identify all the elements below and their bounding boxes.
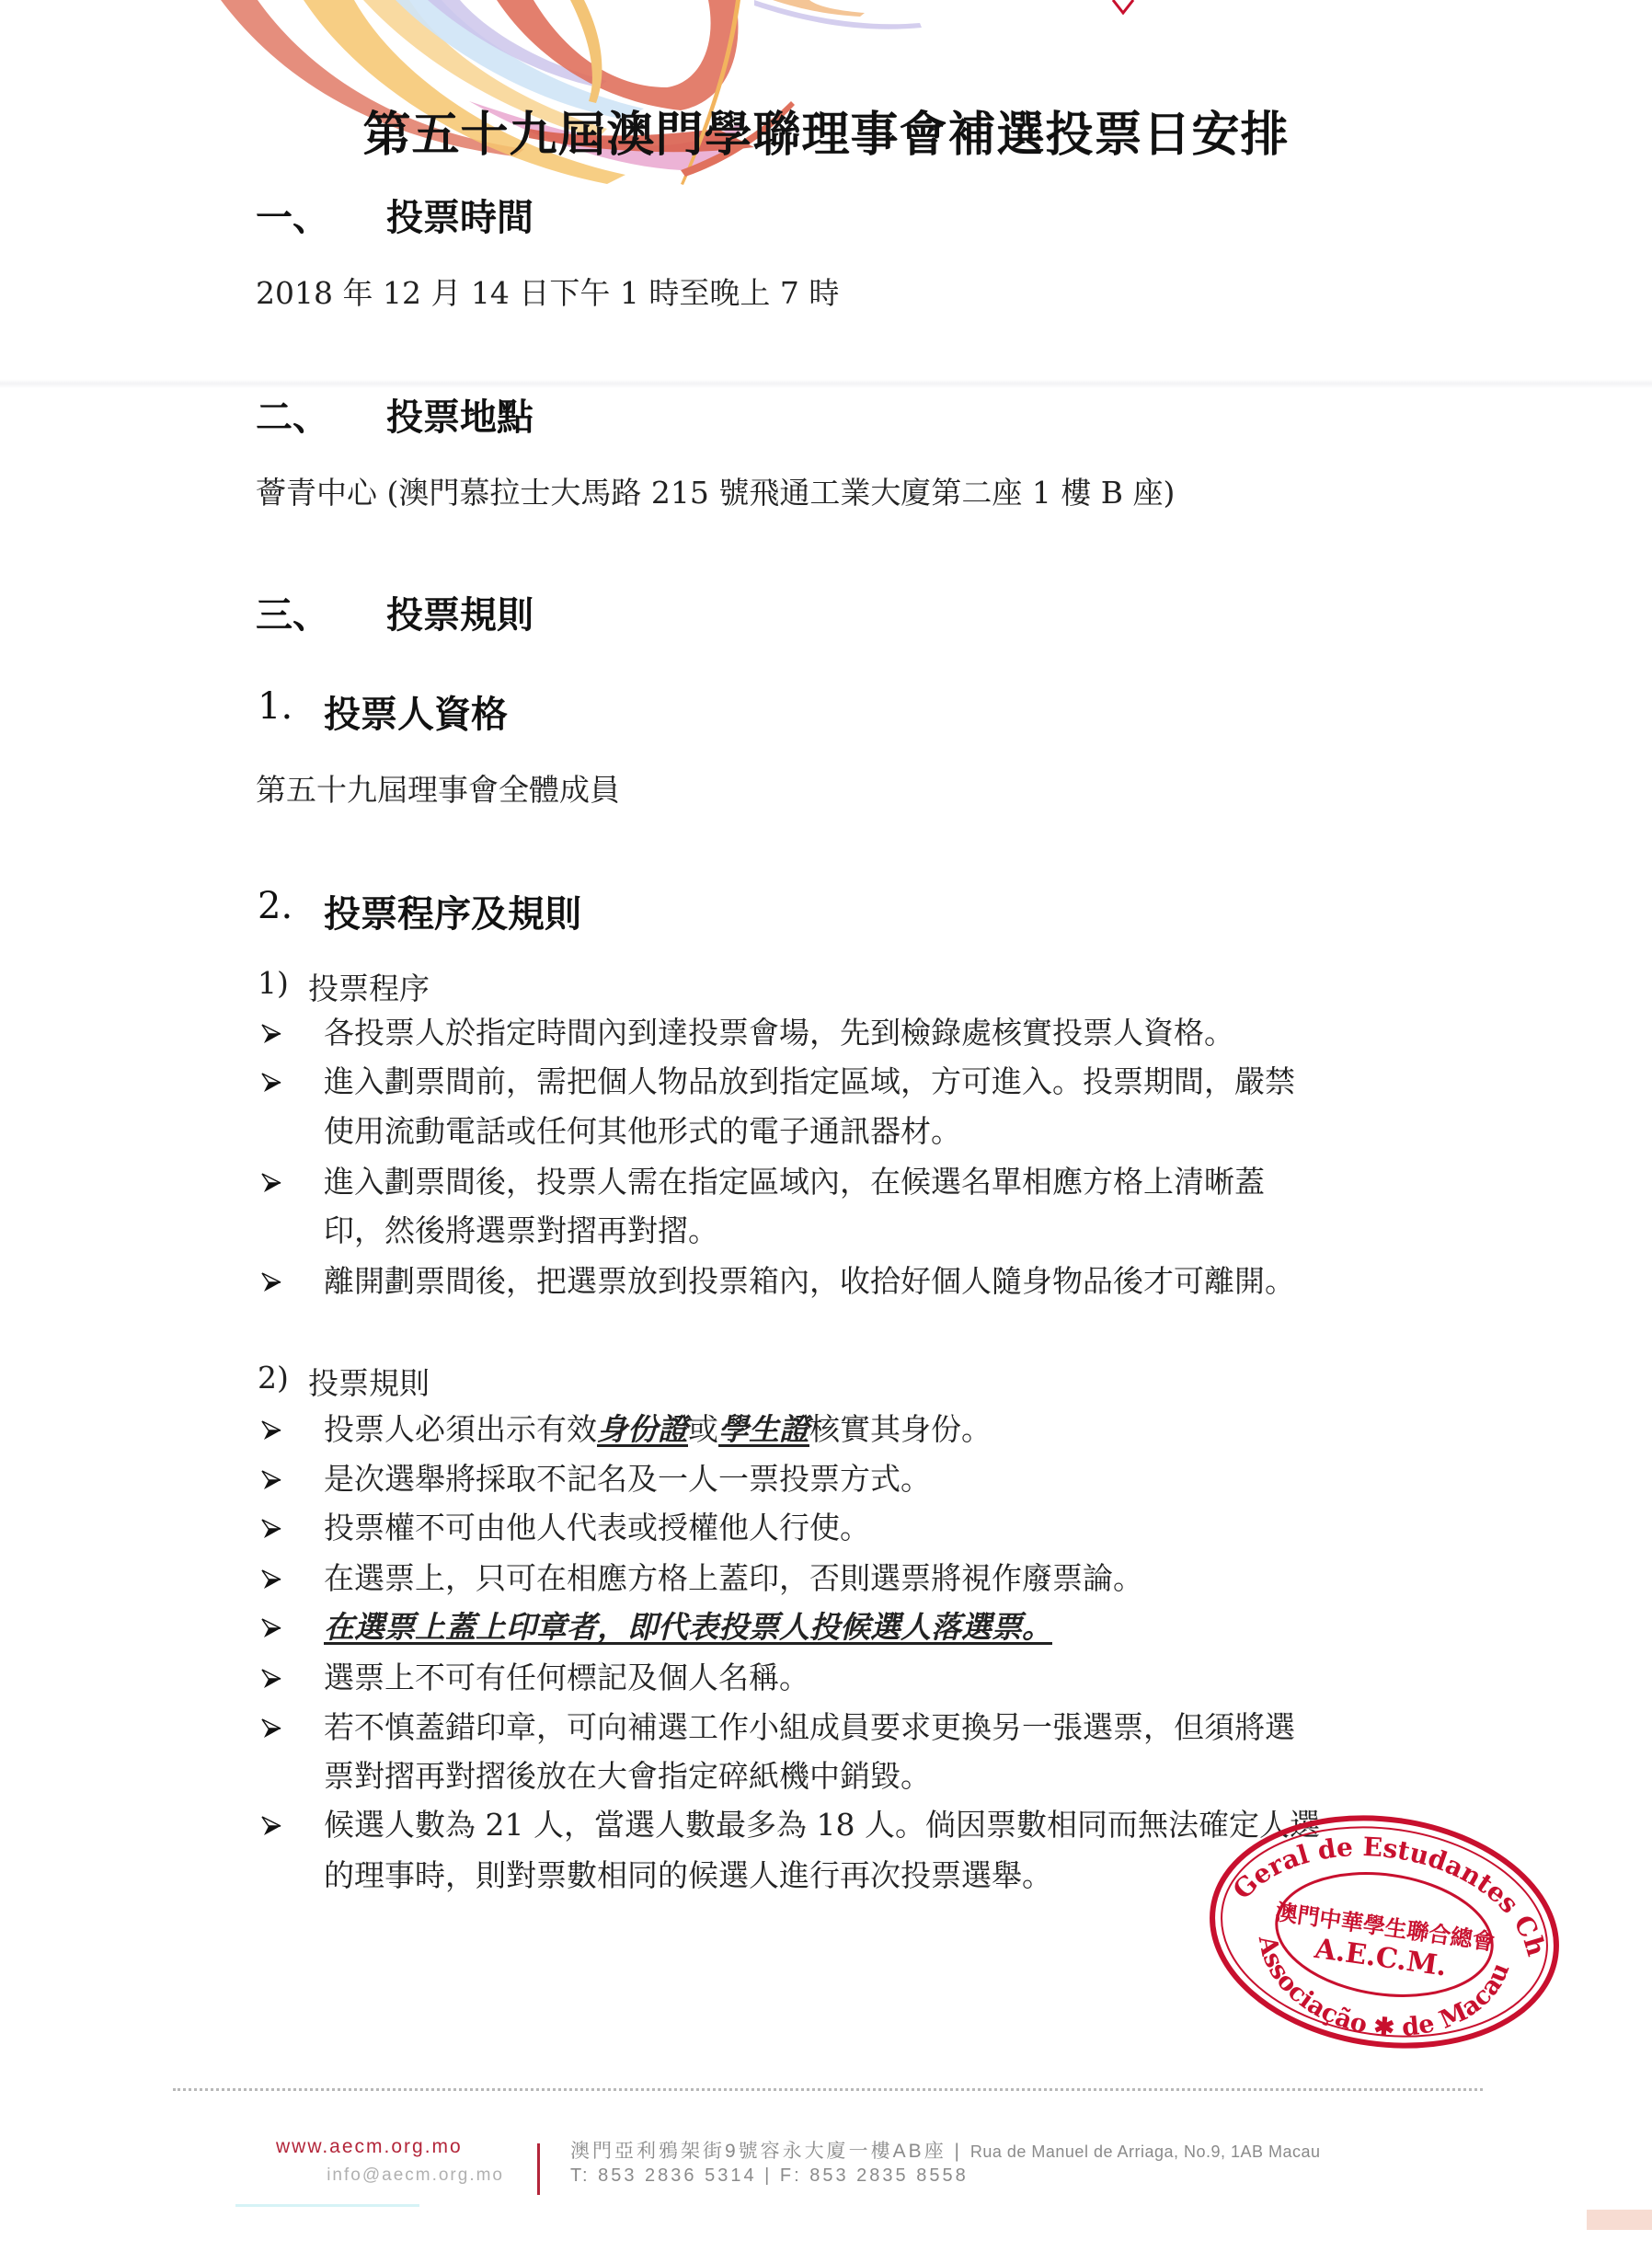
section-2-number: 二、 (256, 388, 329, 441)
section-3-number: 三、 (256, 586, 329, 638)
arrowhead-bullet-icon (260, 1172, 282, 1194)
footer-website-link[interactable]: www.aecm.org.mo (276, 2136, 463, 2158)
footer-address: 澳門亞利鴉架街9號容永大廈一樓AB座 | Rua de Manuel de Ar… (570, 2136, 1321, 2164)
rules-heading-number: 2) (258, 1360, 289, 1396)
section-3-title: 投票規則 (386, 586, 533, 638)
arrowhead-bullet-icon (260, 1469, 282, 1491)
footer-accent-bar (537, 2143, 540, 2195)
section-1-title: 投票時間 (386, 189, 533, 241)
arrowhead-bullet-icon (260, 1518, 282, 1540)
procedure-item: 各投票人於指定時間內到達投票會場，先到檢錄處核實投票人資格。 (324, 1008, 1234, 1058)
rules-item: 投票權不可由他人代表或授權他人行使。 (324, 1503, 870, 1553)
subsection-2-number: 2. (258, 885, 293, 927)
footer-address-en: Rua de Manuel de Arriaga, No.9, 1AB Maca… (970, 2142, 1321, 2161)
rules-item-emphasized: 在選票上蓋上印章者，即代表投票人投候選人落選票。 (324, 1602, 1052, 1652)
arrowhead-bullet-icon (260, 1271, 282, 1293)
procedure-item-continuation: 印，然後將選票對摺再對摺。 (324, 1206, 718, 1256)
rules-item: 候選人數為 21 人，當選人數最多為 18 人。倘因票數相同而無法確定人選 (324, 1800, 1320, 1850)
corner-decorative-block (1587, 2210, 1652, 2230)
procedure-item-continuation: 使用流動電話或任何其他形式的電子通訊器材。 (324, 1107, 961, 1156)
procedure-heading: 投票程序 (308, 965, 430, 1008)
arrowhead-bullet-icon (260, 1419, 282, 1442)
subsection-1-number: 1. (258, 685, 293, 728)
subsection-2-title: 投票程序及規則 (324, 885, 581, 937)
footer-phone-fax: T: 853 2836 5314 | F: 853 2835 8558 (570, 2165, 969, 2187)
official-seal-stamp: Geral de Estudantes Chong Wa Associação … (1196, 1803, 1564, 2051)
arrowhead-bullet-icon (260, 1617, 282, 1639)
procedure-item: 離開劃票間後，把選票放到投票箱內，收拾好個人隨身物品後才可離開。 (324, 1257, 1295, 1306)
rules-item-id: 投票人必須出示有效身份證或學生證核實其身份。 (324, 1405, 992, 1454)
rules-item-continuation: 票對摺再對摺後放在大會指定碎紙機中銷毀。 (324, 1752, 931, 1801)
arrowhead-bullet-icon (260, 1568, 282, 1591)
voting-location-text: 薈青中心 (澳門慕拉士大馬路 215 號飛通工業大廈第二座 1 樓 B 座) (256, 469, 1175, 512)
section-2-title: 投票地點 (386, 388, 533, 441)
arrowhead-bullet-icon (260, 1023, 282, 1045)
arrowhead-bullet-icon (260, 1717, 282, 1740)
scan-artifact-band (0, 379, 1652, 388)
rules-item: 選票上不可有任何標記及個人名稱。 (324, 1653, 809, 1703)
document-title: 第五十九屆澳門學聯理事會補選投票日安排 (0, 96, 1652, 165)
voter-eligibility-text: 第五十九屆理事會全體成員 (256, 766, 620, 810)
footer-divider (173, 2088, 1483, 2091)
footer-address-separator: | (955, 2141, 962, 2162)
footer-email-link[interactable]: info@aecm.org.mo (276, 2165, 504, 2186)
procedure-item: 進入劃票間後，投票人需在指定區域內，在候選名單相應方格上清晰蓋 (324, 1157, 1265, 1207)
rules-item-continuation: 的理事時，則對票數相同的候選人進行再次投票選舉。 (324, 1851, 1052, 1901)
rules-item: 在選票上，只可在相應方格上蓋印，否則選票將視作廢票論。 (324, 1554, 1143, 1603)
subsection-1-title: 投票人資格 (324, 685, 508, 738)
rules-item: 若不慎蓋錯印章，可向補選工作小組成員要求更換另一張選票，但須將選 (324, 1703, 1295, 1752)
arrowhead-bullet-icon (260, 1815, 282, 1837)
logo-fragment-icon (1111, 0, 1135, 15)
arrowhead-bullet-icon (260, 1072, 282, 1094)
footer-decorative-line (235, 2204, 419, 2207)
procedure-item: 進入劃票間前，需把個人物品放到指定區域，方可進入。投票期間，嚴禁 (324, 1057, 1295, 1107)
arrowhead-bullet-icon (260, 1668, 282, 1690)
student-card-emphasis: 學生證 (718, 1411, 809, 1447)
rules-heading: 投票規則 (308, 1360, 430, 1403)
id-card-emphasis: 身份證 (597, 1411, 688, 1447)
procedure-heading-number: 1) (258, 965, 289, 1001)
footer-address-cn: 澳門亞利鴉架街9號容永大廈一樓AB座 (570, 2141, 946, 2162)
voting-time-text: 2018 年 12 月 14 日下午 1 時至晚上 7 時 (256, 270, 839, 313)
rules-item: 是次選舉將採取不記名及一人一票投票方式。 (324, 1454, 931, 1504)
section-1-number: 一、 (256, 189, 329, 241)
